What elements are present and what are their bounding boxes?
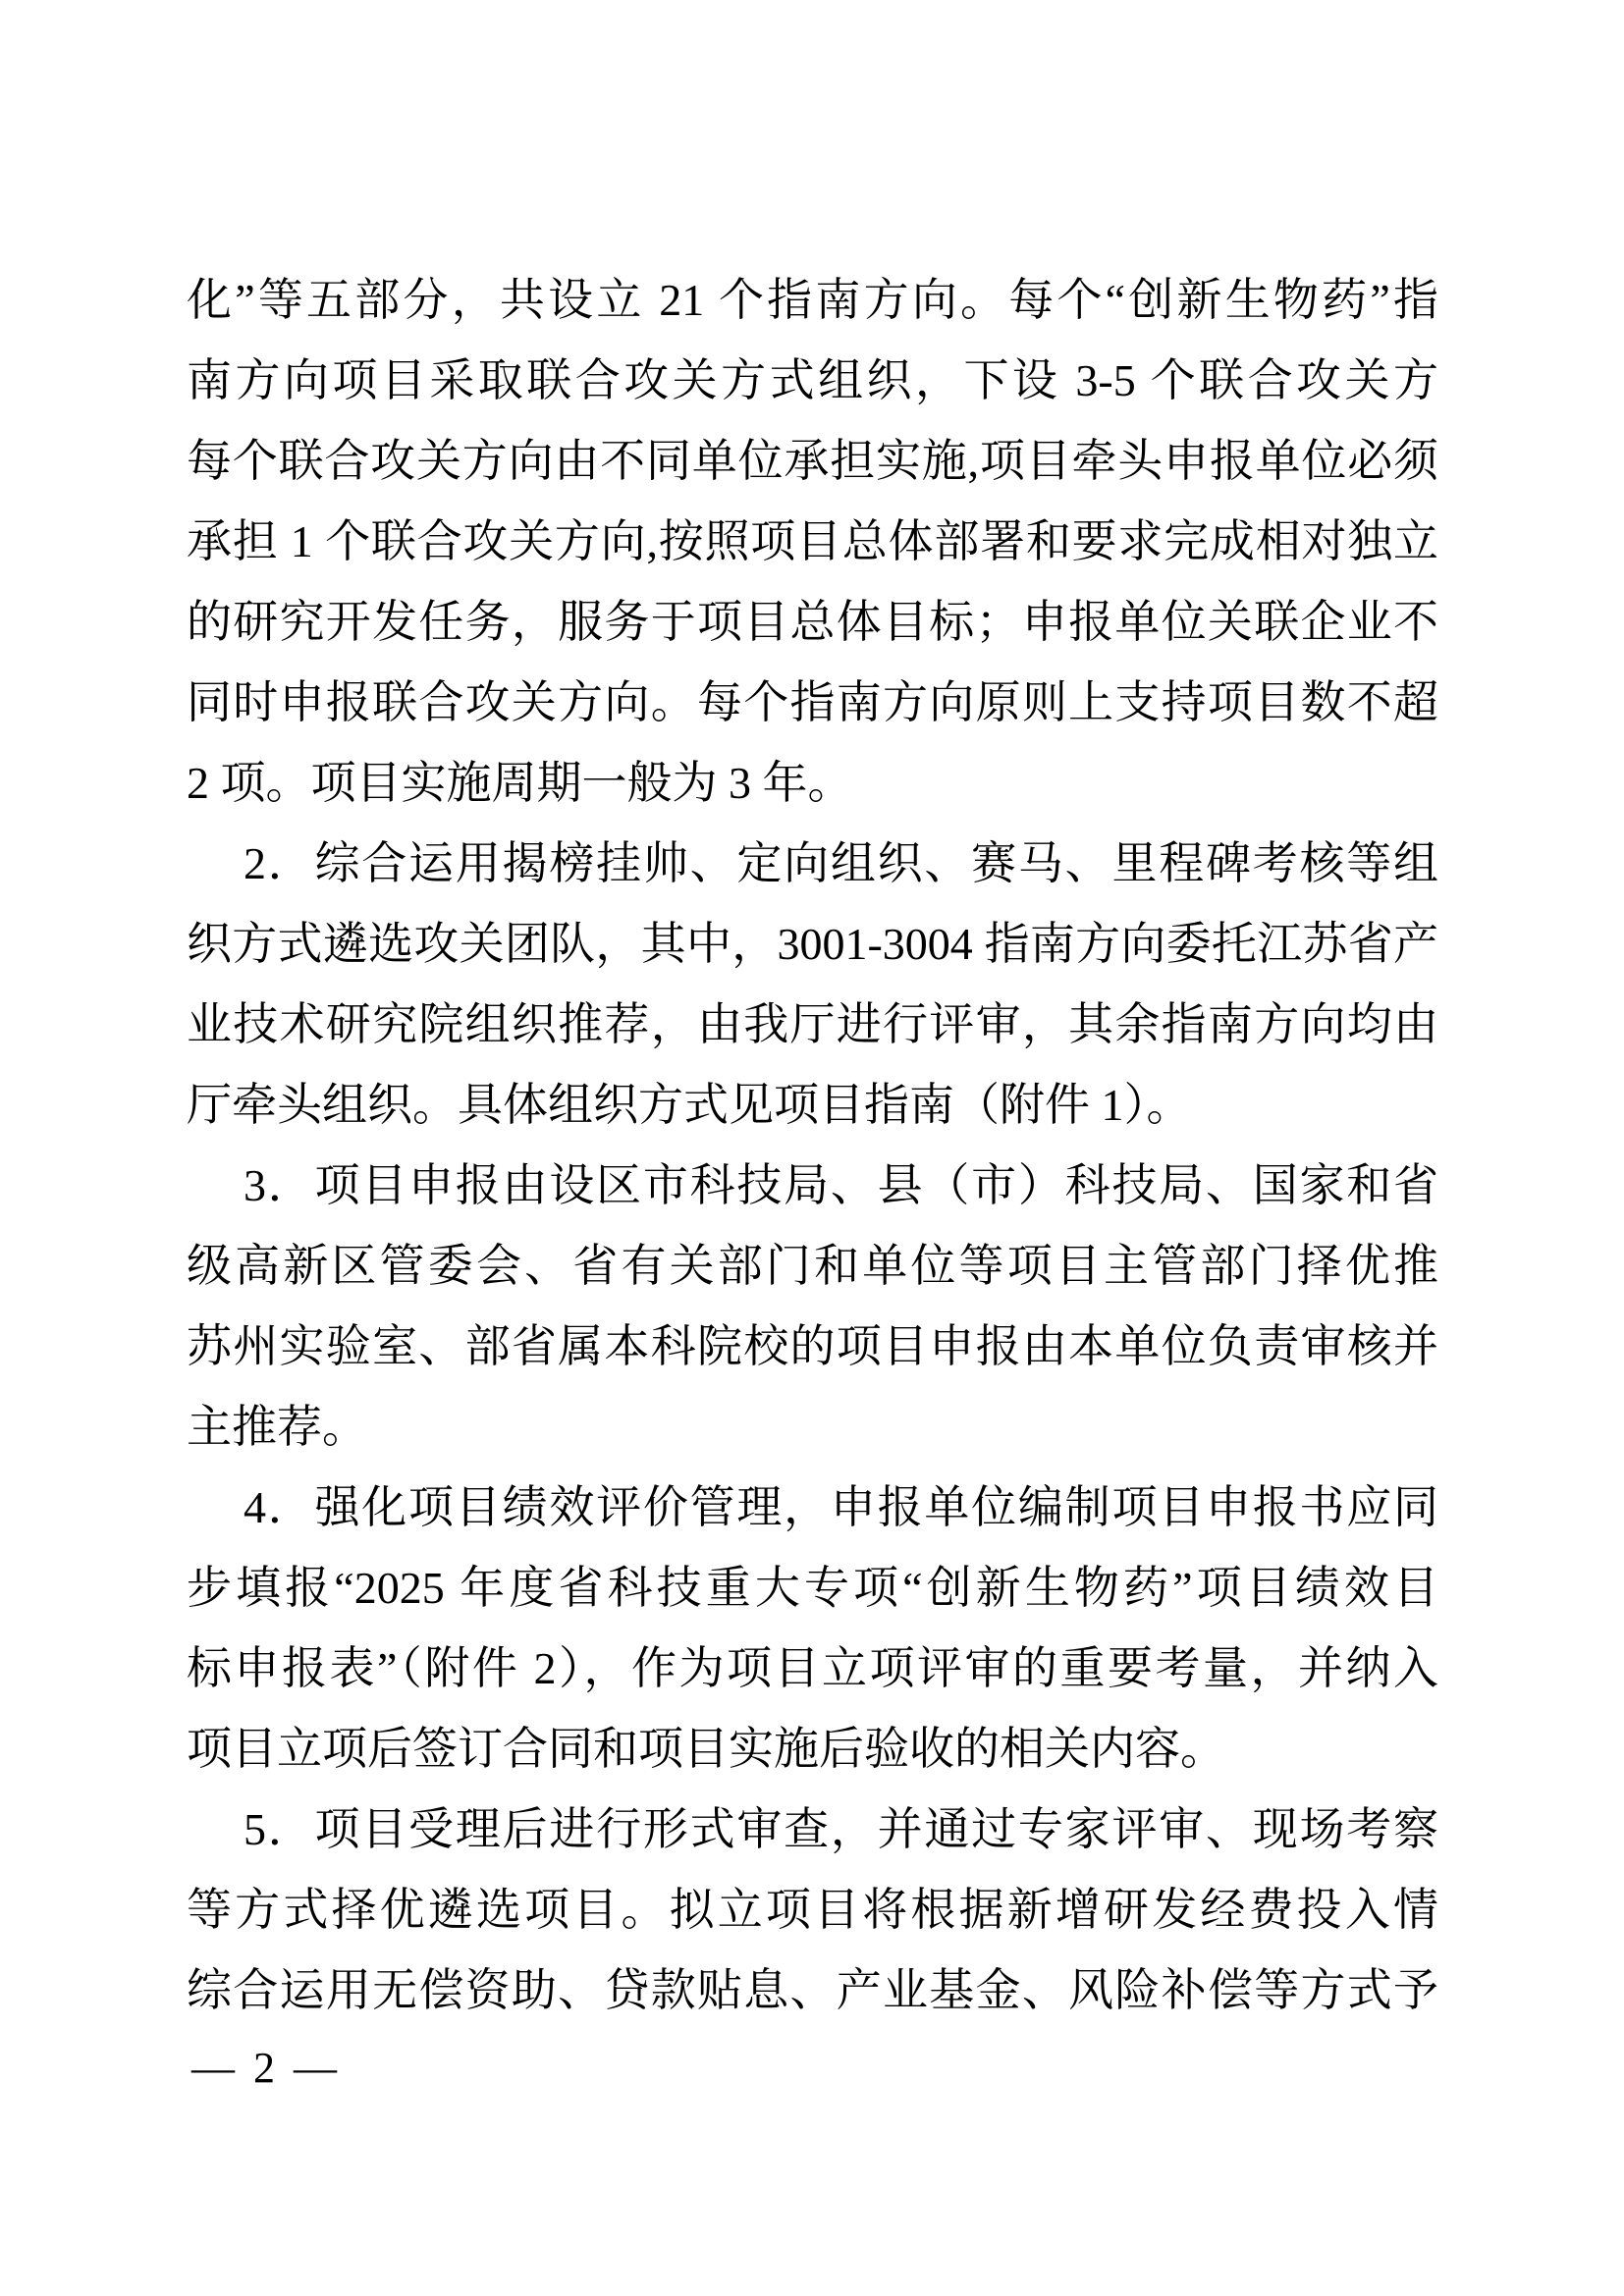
- text-line: 南方向项目采取联合攻关方式组织，下设 3-5 个联合攻关方向；: [187, 341, 1438, 421]
- text-line: 化”等五部分，共设立 21 个指南方向。每个“创新生物药”指: [187, 260, 1438, 341]
- text-line: 厅牵头组织。具体组织方式见项目指南（附件 1）。: [187, 1065, 1438, 1146]
- text-line: 步填报“2025 年度省科技重大专项“创新生物药”项目绩效目: [187, 1548, 1438, 1629]
- text-line: 织方式遴选攻关团队，其中，3001-3004 指南方向委托江苏省产: [187, 904, 1438, 985]
- text-line: 2．综合运用揭榜挂帅、定向组织、赛马、里程碑考核等组: [187, 824, 1438, 904]
- text-line: 主推荐。: [187, 1387, 1438, 1468]
- text-line: 项目立项后签订合同和项目实施后验收的相关内容。: [187, 1709, 1438, 1789]
- document-page: 化”等五部分，共设立 21 个指南方向。每个“创新生物药”指南方向项目采取联合攻…: [0, 0, 1624, 2296]
- text-line: 级高新区管委会、省有关部门和单位等项目主管部门择优推荐；: [187, 1226, 1438, 1307]
- text-line: 等方式择优遴选项目。拟立项目将根据新增研发经费投入情况，: [187, 1870, 1438, 1950]
- text-line: 承担 1 个联合攻关方向,按照项目总体部署和要求完成相对独立: [187, 502, 1438, 582]
- text-line: 2 项。项目实施周期一般为 3 年。: [187, 743, 1438, 824]
- text-line: 5．项目受理后进行形式审查，并通过专家评审、现场考察: [187, 1789, 1438, 1870]
- text-line: 的研究开发任务，服务于项目总体目标；申报单位关联企业不得: [187, 582, 1438, 663]
- text-line: 3．项目申报由设区市科技局、县（市）科技局、国家和省: [187, 1146, 1438, 1226]
- text-line: 4．强化项目绩效评价管理，申报单位编制项目申报书应同: [187, 1468, 1438, 1548]
- text-line: 业技术研究院组织推荐，由我厅进行评审，其余指南方向均由我: [187, 985, 1438, 1065]
- text-line: 标申报表”（附件 2），作为项目立项评审的重要考量，并纳入: [187, 1629, 1438, 1709]
- page-number: — 2 —: [191, 2034, 341, 2103]
- text-line: 同时申报联合攻关方向。每个指南方向原则上支持项目数不超过: [187, 663, 1438, 743]
- text-line: 综合运用无偿资助、贷款贴息、产业基金、风险补偿等方式予以: [187, 1950, 1438, 2031]
- text-line: 苏州实验室、部省属本科院校的项目申报由本单位负责审核并自: [187, 1307, 1438, 1387]
- text-line: 每个联合攻关方向由不同单位承担实施,项目牵头申报单位必须: [187, 421, 1438, 502]
- document-text: 化”等五部分，共设立 21 个指南方向。每个“创新生物药”指南方向项目采取联合攻…: [187, 260, 1438, 2031]
